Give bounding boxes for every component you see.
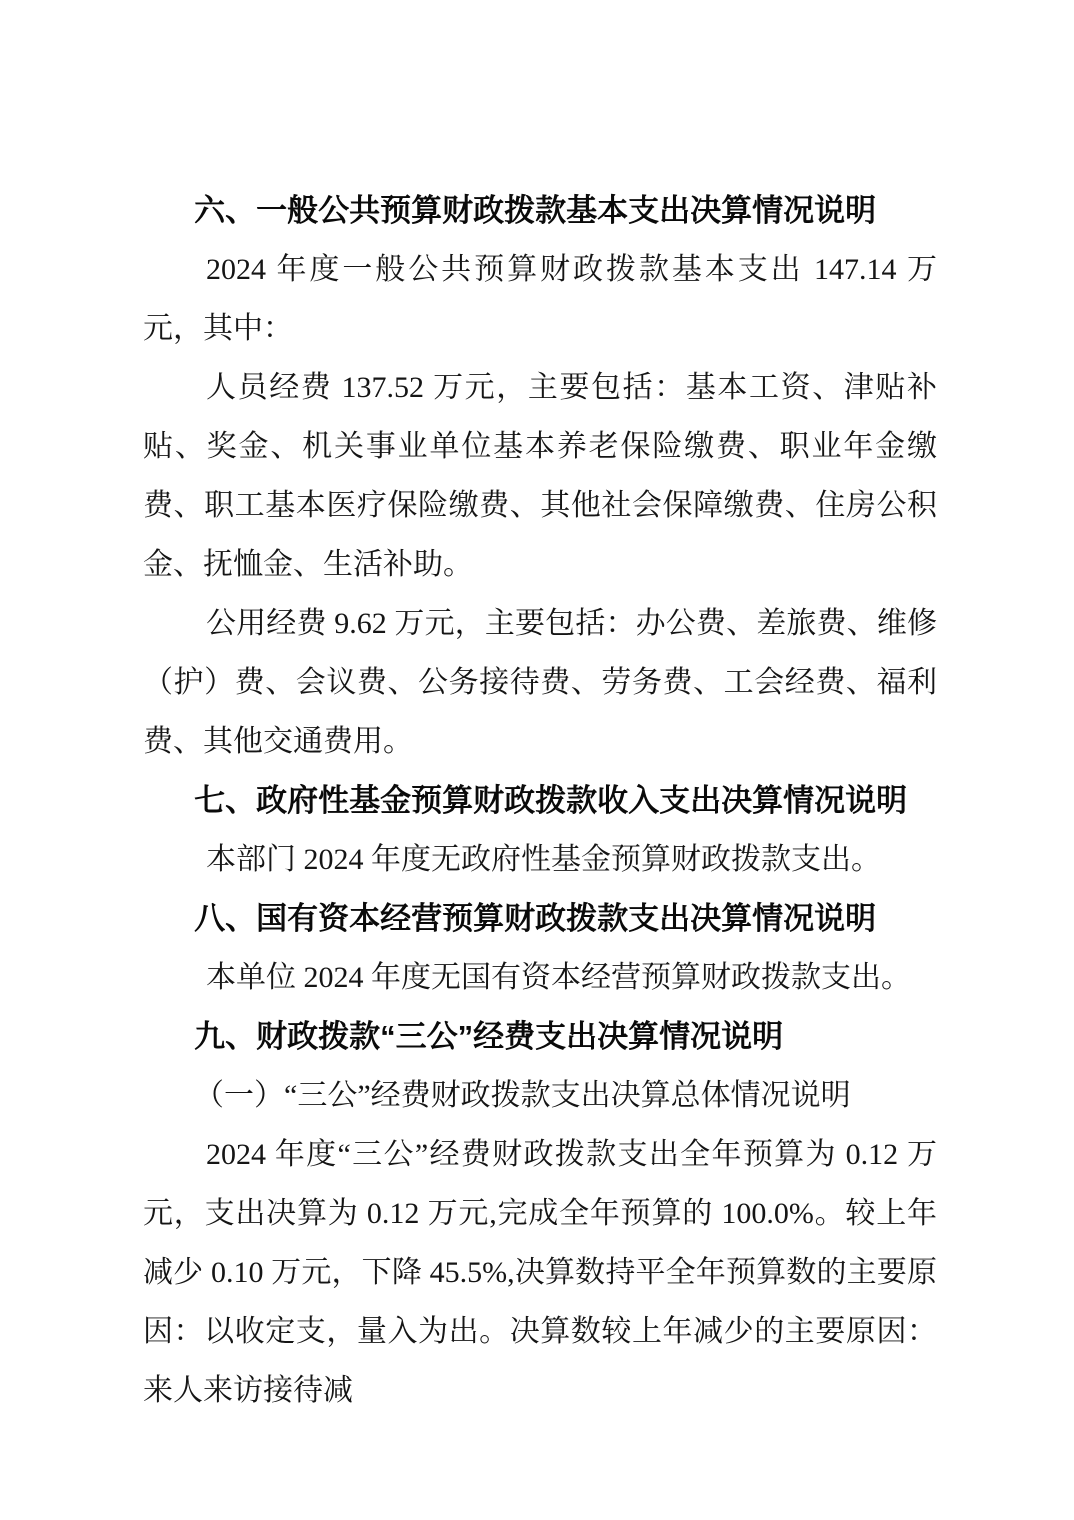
para-basic-expenditure-total: 2024 年度一般公共预算财政拨款基本支出 147.14 万元，其中：	[143, 240, 937, 358]
para-three-public-overview-detail: 2024 年度“三公”经费财政拨款支出全年预算为 0.12 万元，支出决算为 0…	[143, 1125, 937, 1420]
para-no-govt-fund-expenditure: 本部门 2024 年度无政府性基金预算财政拨款支出。	[143, 830, 937, 889]
subheading-9-1-three-public-overview: （一）“三公”经费财政拨款支出决算总体情况说明	[143, 1066, 937, 1125]
heading-section-8-state-capital-budget: 八、国有资本经营预算财政拨款支出决算情况说明	[143, 889, 937, 948]
para-public-funds: 公用经费 9.62 万元，主要包括：办公费、差旅费、维修（护）费、会议费、公务接…	[143, 594, 937, 771]
para-no-state-capital-expenditure: 本单位 2024 年度无国有资本经营预算财政拨款支出。	[143, 948, 937, 1007]
heading-section-7-govt-fund-budget: 七、政府性基金预算财政拨款收入支出决算情况说明	[143, 771, 937, 830]
heading-section-9-three-public-funds: 九、财政拨款“三公”经费支出决算情况说明	[143, 1007, 937, 1066]
document-page: 六、一般公共预算财政拨款基本支出决算情况说明 2024 年度一般公共预算财政拨款…	[0, 0, 1074, 1520]
heading-section-6-basic-expenditure: 六、一般公共预算财政拨款基本支出决算情况说明	[143, 181, 937, 240]
para-personnel-funds: 人员经费 137.52 万元，主要包括：基本工资、津贴补贴、奖金、机关事业单位基…	[143, 358, 937, 594]
